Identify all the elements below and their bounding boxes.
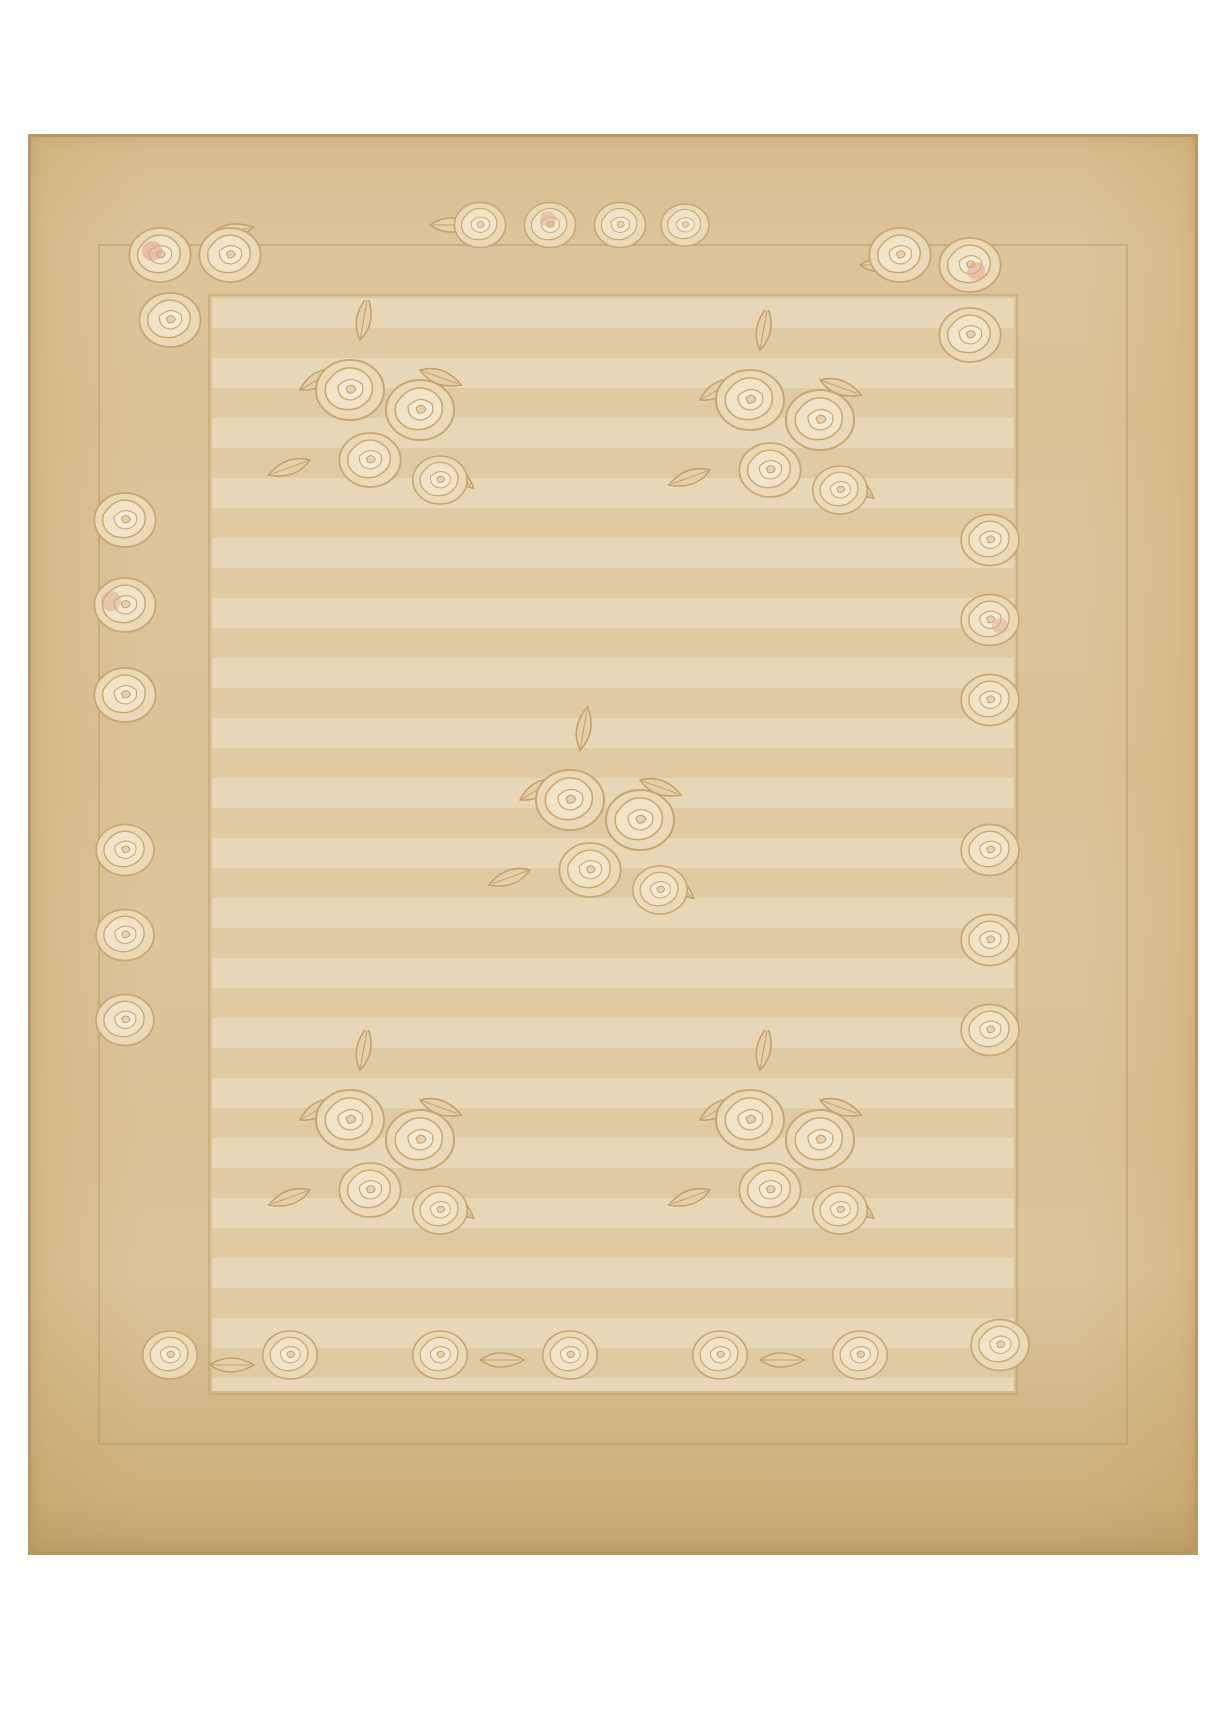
rug: [28, 134, 1198, 1555]
rug-field: [212, 298, 1014, 1391]
